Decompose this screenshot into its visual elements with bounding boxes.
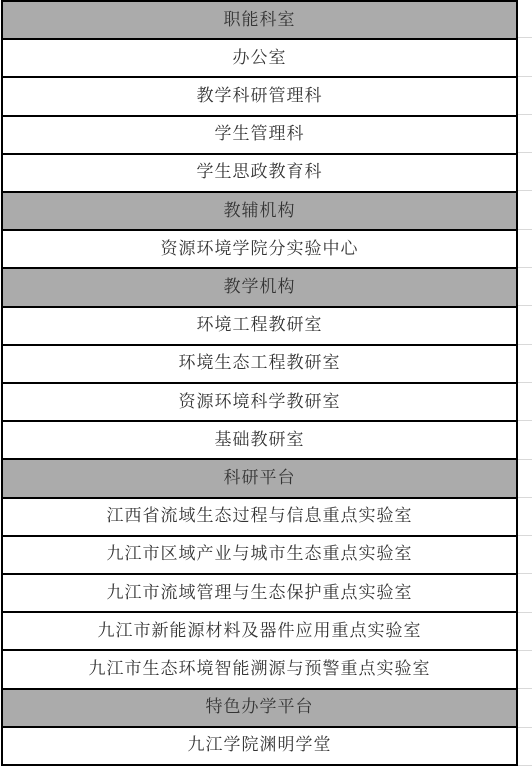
table-row: 环境工程教研室 [3,308,516,346]
table-row: 资源环境科学教研室 [3,384,516,422]
table-row: 九江市区域产业与城市生态重点实验室 [3,537,516,575]
table-row: 环境生态工程教研室 [3,346,516,384]
row-label: 特色办学平台 [206,699,314,716]
row-label: 教学机构 [224,279,296,296]
row-label: 学生管理科 [215,126,305,143]
row-label: 环境生态工程教研室 [179,355,341,372]
gridline-stub [518,306,532,344]
row-label: 环境工程教研室 [197,317,323,334]
gridline-stub [518,421,532,459]
section-header-row: 科研平台 [3,460,516,498]
table-row: 学生思政教育科 [3,155,516,193]
gridline-stub [518,383,532,421]
row-label: 职能科室 [224,12,296,29]
table-row: 基础教研室 [3,422,516,460]
gridline-stub [518,268,532,306]
org-structure-table: 职能科室 办公室 教学科研管理科 学生管理科 学生思政教育科 教辅机构 资源环境… [1,0,518,766]
gridline-stub [518,574,532,612]
row-label: 办公室 [233,50,287,67]
gridline-stub-strip [518,0,532,766]
table-row: 办公室 [3,40,516,78]
row-label: 科研平台 [224,470,296,487]
table-row: 九江市流域管理与生态保护重点实验室 [3,575,516,613]
gridline-stub [518,191,532,229]
row-label: 教辅机构 [224,203,296,220]
row-label: 资源环境科学教研室 [179,394,341,411]
section-header-row: 教学机构 [3,269,516,307]
page: 职能科室 办公室 教学科研管理科 学生管理科 学生思政教育科 教辅机构 资源环境… [0,0,532,766]
gridline-stub [518,115,532,153]
section-header-row: 教辅机构 [3,193,516,231]
gridline-stub [518,0,532,38]
gridline-stub [518,498,532,536]
gridline-stub [518,460,532,498]
row-label: 资源环境学院分实验中心 [161,241,359,258]
gridline-stub [518,728,532,766]
table-row: 九江学院渊明学堂 [3,728,516,764]
gridline-stub [518,651,532,689]
gridline-stub [518,153,532,191]
gridline-stub [518,230,532,268]
row-label: 九江学院渊明学堂 [188,737,332,754]
table-row: 九江市新能源材料及器件应用重点实验室 [3,613,516,651]
row-label: 九江市新能源材料及器件应用重点实验室 [98,623,422,640]
gridline-stub [518,689,532,727]
row-label: 江西省流域生态过程与信息重点实验室 [107,508,413,525]
section-header-row: 特色办学平台 [3,690,516,728]
table-row: 资源环境学院分实验中心 [3,231,516,269]
row-label: 学生思政教育科 [197,164,323,181]
table-row: 学生管理科 [3,117,516,155]
row-label: 九江市生态环境智能溯源与预警重点实验室 [89,661,431,678]
gridline-stub [518,613,532,651]
gridline-stub [518,77,532,115]
gridline-stub [518,38,532,76]
gridline-stub [518,345,532,383]
table-row: 九江市生态环境智能溯源与预警重点实验室 [3,651,516,689]
row-label: 教学科研管理科 [197,88,323,105]
table-row: 江西省流域生态过程与信息重点实验室 [3,499,516,537]
row-label: 基础教研室 [215,432,305,449]
gridline-stub [518,536,532,574]
table-row: 教学科研管理科 [3,78,516,116]
row-label: 九江市流域管理与生态保护重点实验室 [107,585,413,602]
section-header-row: 职能科室 [3,2,516,40]
row-label: 九江市区域产业与城市生态重点实验室 [107,546,413,563]
